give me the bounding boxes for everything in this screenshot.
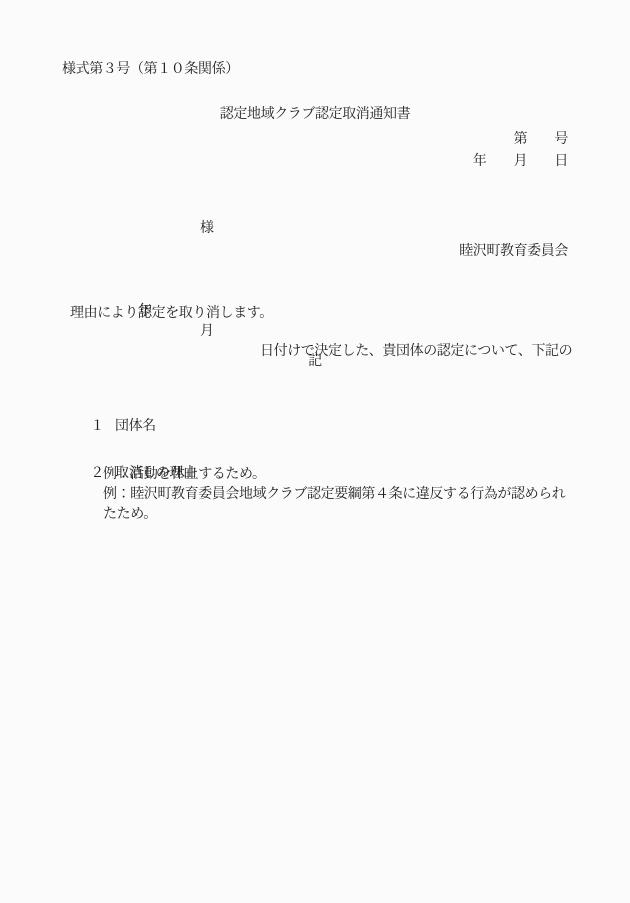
- document-number-blank: 第 号: [514, 130, 568, 150]
- body-paragraph-line1: 年 月 日付けで決定した、貴団体の認定について、下記の: [0, 282, 630, 302]
- body-month-label: 月: [200, 322, 214, 342]
- body-paragraph-line2: 理由により認定を取り消します。: [70, 304, 273, 324]
- list-item-1-label: 団体名: [115, 419, 156, 434]
- form-number: 様式第３号（第１０条関係）: [62, 60, 239, 80]
- reason-example-2-continuation: たため。: [103, 505, 157, 525]
- document-title: 認定地域クラブ認定取消通知書: [0, 105, 630, 125]
- reason-example-1: 例：活動を休止するため。: [103, 465, 266, 485]
- list-item-1-number: １: [90, 419, 104, 434]
- sender-name: 睦沢町教育委員会: [459, 242, 568, 262]
- addressee-suffix: 様: [200, 219, 214, 239]
- list-item-2-number: ２: [90, 466, 104, 481]
- reason-example-2: 例：睦沢町教育委員会地域クラブ認定要綱第４条に違反する行為が認められ: [103, 485, 565, 505]
- record-marker: 記: [0, 352, 630, 372]
- document-page: 様式第３号（第１０条関係） 認定地域クラブ認定取消通知書 第 号 年 月 日 様…: [0, 0, 630, 903]
- date-blank: 年 月 日: [473, 152, 568, 172]
